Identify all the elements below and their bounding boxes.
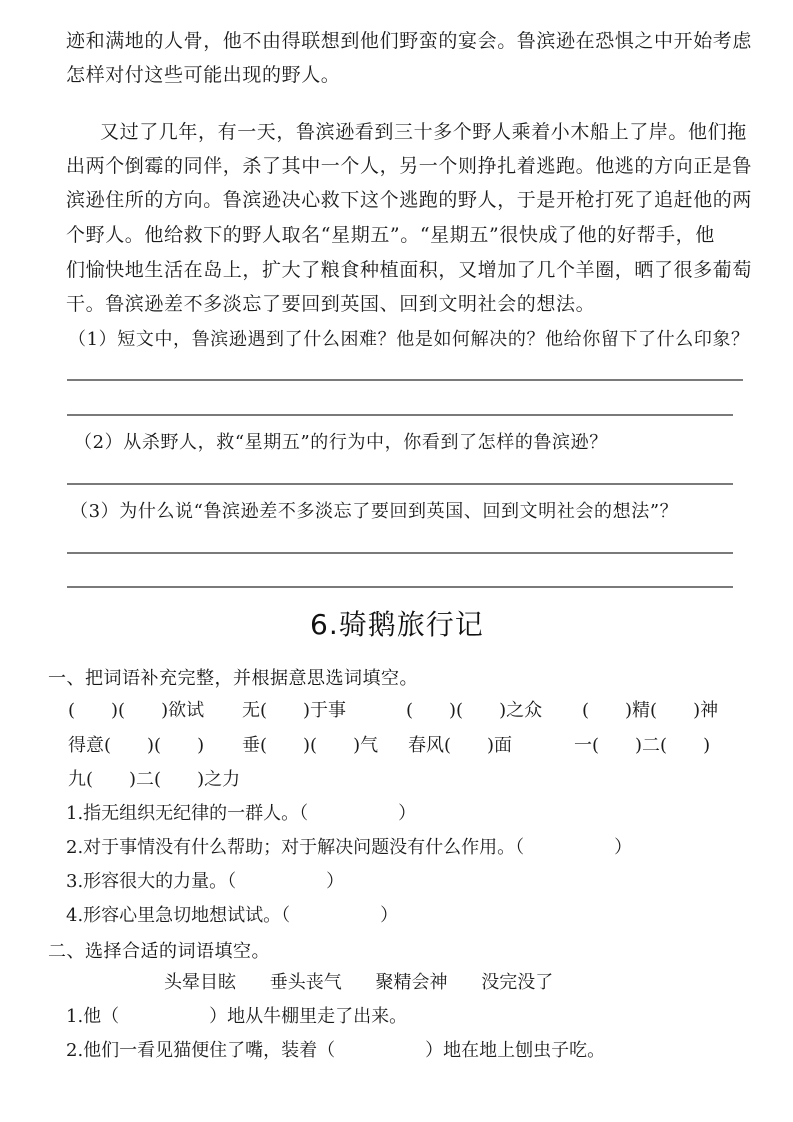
passage-line: 出两个倒霉的同伴，杀了其中一个人，另一个则挣扎着逃跑。他逃的方向正是鲁	[66, 153, 752, 179]
lesson-title: 6.骑鹅旅行记	[310, 603, 484, 643]
section-heading: 二、选择合适的词语填空。	[48, 937, 270, 963]
idiom-blank[interactable]: 无( )于事	[242, 698, 346, 724]
word-option: 没完没了	[481, 970, 553, 996]
idiom-blank[interactable]: ( )( )之众	[406, 698, 542, 724]
passage-line: 干。鲁滨逊差不多淡忘了要回到英国、回到文明社会的想法。	[66, 291, 595, 317]
word-option: 头晕目眩	[164, 970, 236, 996]
idiom-blank[interactable]: ( )( )欲试	[68, 698, 204, 724]
fill-item[interactable]: 2.对于事情没有什么帮助；对于解决问题没有什么作用。（ ）	[66, 835, 632, 861]
word-option: 聚精会神	[375, 970, 447, 996]
passage-line: 又过了几年，有一天，鲁滨逊看到三十多个野人乘着小木船上了岸。他们拖	[100, 119, 747, 145]
passage-line: 滨逊住所的方向。鲁滨逊决心救下这个逃跑的野人，于是开枪打死了追赶他的两	[66, 187, 752, 213]
idiom-blank[interactable]: 垂( )( )气	[242, 733, 378, 759]
fill-item[interactable]: 3.形容很大的力量。（ ）	[66, 869, 344, 895]
idiom-blank[interactable]: 得意( )( )	[68, 733, 204, 759]
question-text: （3）为什么说“鲁滨逊差不多淡忘了要回到英国、回到文明社会的想法”？	[70, 499, 678, 525]
fill-item[interactable]: 1.指无组织无纪律的一群人。（ ）	[66, 801, 416, 827]
question-text: （1）短文中，鲁滨逊遇到了什么困难？他是如何解决的？他给你留下了什么印象？	[68, 327, 750, 353]
word-option: 垂头丧气	[270, 970, 342, 996]
answer-line[interactable]	[67, 552, 733, 554]
fill-item[interactable]: 4.形容心里急切地想试试。（ ）	[66, 903, 398, 929]
section-heading: 一、把词语补充完整，并根据意思选词填空。	[48, 664, 418, 690]
word-bank: 头晕目眩 垂头丧气 聚精会神 没完没了	[164, 970, 581, 996]
passage-line: 迹和满地的人骨，他不由得联想到他们野蛮的宴会。鲁滨逊在恐惧之中开始考虑	[66, 28, 752, 54]
passage-line: 们愉快地生活在岛上，扩大了粮食种植面积，又增加了几个羊圈，晒了很多葡萄	[66, 257, 752, 283]
question-text: （2）从杀野人，救“星期五”的行为中，你看到了怎样的鲁滨逊？	[74, 430, 608, 456]
idiom-blank[interactable]: 九( )二( )之力	[68, 767, 240, 793]
fill-item[interactable]: 2.他们一看见猫便住了嘴，装着（ ）地在地上刨虫子吃。	[66, 1038, 605, 1064]
answer-line[interactable]	[67, 586, 733, 588]
idiom-blank[interactable]: 春风( )面	[408, 733, 512, 759]
answer-line[interactable]	[67, 414, 733, 416]
fill-item[interactable]: 1.他（ ）地从牛棚里走了出来。	[66, 1004, 407, 1030]
answer-line[interactable]	[67, 379, 743, 381]
answer-line[interactable]	[67, 483, 733, 485]
idiom-blank[interactable]: ( )精( )神	[582, 698, 718, 724]
passage-line: 个野人。他给救下的野人取名“星期五”。“星期五”很快成了他的好帮手，他	[66, 222, 715, 248]
idiom-blank[interactable]: 一( )二( )	[574, 733, 710, 759]
passage-line: 怎样对付这些可能出现的野人。	[66, 62, 340, 88]
